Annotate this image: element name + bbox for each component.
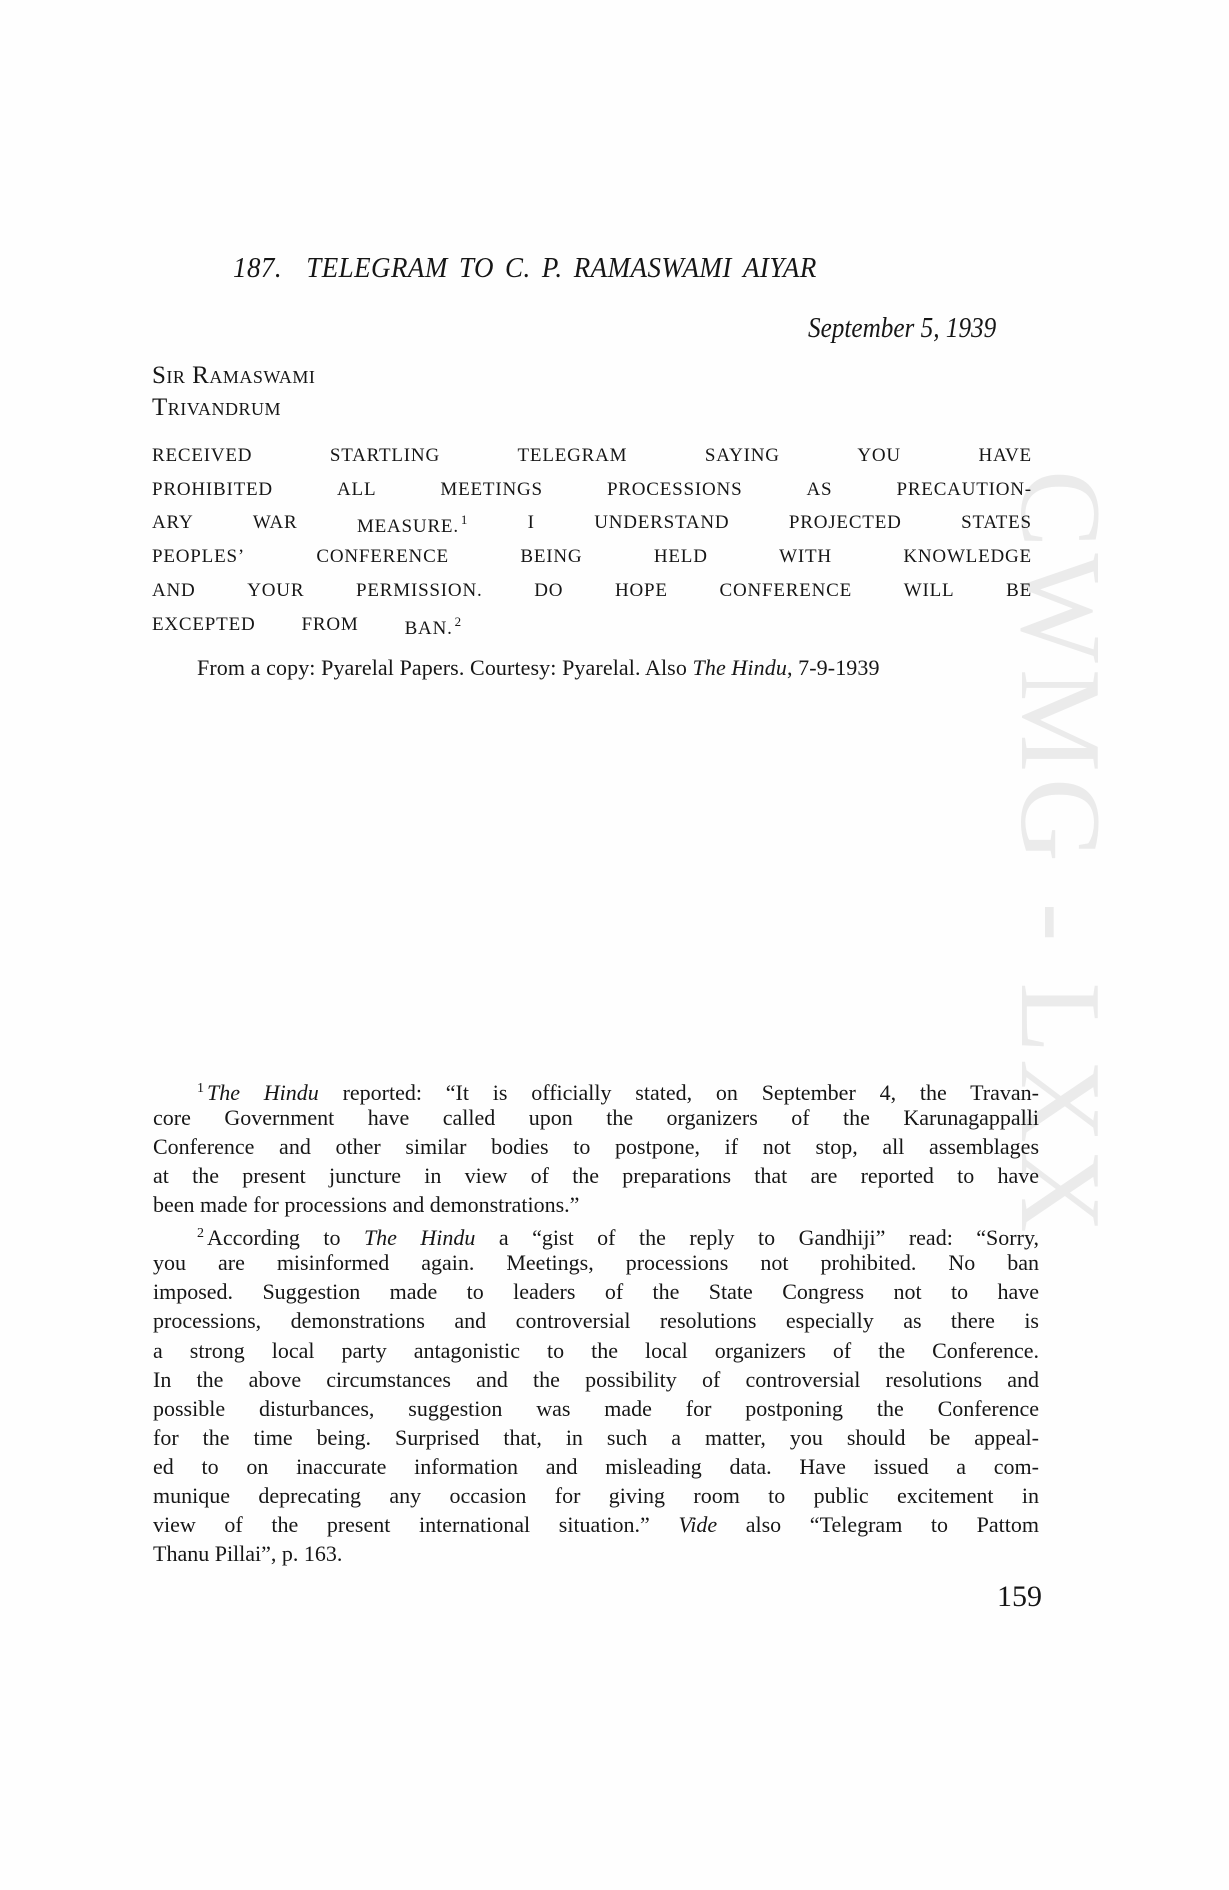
footnote-marker: 1: [197, 1081, 204, 1096]
telegram-word: PROCESSIONS: [607, 479, 743, 501]
footnote-text: According to: [207, 1225, 364, 1250]
document-heading: 187.TELEGRAMTOC.P.RAMASWAMIAIYAR: [233, 252, 828, 285]
footnote-2-line: processions, demonstrations and controve…: [153, 1306, 1039, 1335]
footnote-reference[interactable]: 1: [461, 512, 468, 527]
footnote-2-line: a strong local party antagonistic to the…: [153, 1336, 1039, 1365]
telegram-word: HAVE: [978, 445, 1032, 467]
telegram-word: AND: [152, 580, 196, 602]
source-note: From a copy: Pyarelal Papers. Courtesy: …: [197, 655, 880, 681]
telegram-word: STARTLING: [330, 445, 440, 467]
footnote-1-line: 1The Hindu reported: “It is officially s…: [153, 1074, 1039, 1107]
telegram-word: STATES: [961, 512, 1032, 538]
telegram-word: PEOPLES’: [152, 546, 245, 568]
source-publication: The Hindu: [693, 655, 787, 680]
footnote-text: a “gist of the reply to Gandhiji” read: …: [475, 1225, 1039, 1250]
telegram-line: EXCEPTEDFROMBAN.2: [152, 614, 1032, 640]
footnote-1-line: been made for processions and demonstrat…: [153, 1190, 1039, 1219]
italic-text: Vide: [678, 1512, 717, 1537]
footnote-2-line: ed to on inaccurate information and misl…: [153, 1452, 1039, 1481]
footnote-text: reported: “It is officially stated, on S…: [319, 1080, 1039, 1105]
telegram-word: WAR: [253, 512, 298, 538]
title-word: P.: [542, 252, 563, 284]
footnote-2-line: you are misinformed again. Meetings, pro…: [153, 1248, 1039, 1277]
source-suffix: , 7-9-1939: [787, 655, 880, 680]
footnote-text: you are misinformed again. Meetings, pro…: [153, 1250, 1039, 1275]
telegram-word: ALL: [337, 479, 376, 501]
telegram-line: PEOPLES’CONFERENCEBEINGHELDWITHKNOWLEDGE: [152, 546, 1032, 568]
source-prefix: From a copy: Pyarelal Papers. Courtesy: …: [197, 655, 693, 680]
telegram-word: YOUR: [247, 580, 304, 602]
addressee-place: Trivandrum: [152, 394, 281, 422]
footnote-2-line: view of the present international situat…: [153, 1510, 1039, 1539]
footnote-2-line: munique deprecating any occasion for giv…: [153, 1481, 1039, 1510]
title-word: TELEGRAM: [306, 252, 448, 284]
footnote-1-line: at the present juncture in view of the p…: [153, 1161, 1039, 1190]
title-word: AIYAR: [743, 252, 817, 284]
telegram-word: SAYING: [705, 445, 780, 467]
footnote-text: for the time being. Surprised that, in s…: [153, 1425, 1039, 1450]
footnote-2-line: Thanu Pillai”, p. 163.: [153, 1539, 1039, 1568]
telegram-word: TELEGRAM: [518, 445, 628, 467]
telegram-word: BAN.2: [405, 614, 462, 640]
telegram-word: HOPE: [615, 580, 668, 602]
footnote-text: In the above circumstances and the possi…: [153, 1367, 1039, 1392]
title-word: C.: [505, 252, 531, 284]
telegram-word: WITH: [779, 546, 832, 568]
telegram-word: UNDERSTAND: [594, 512, 729, 538]
footnote-2-line: In the above circumstances and the possi…: [153, 1365, 1039, 1394]
telegram-word: CONFERENCE: [316, 546, 449, 568]
telegram-word: PROJECTED: [789, 512, 902, 538]
telegram-word: PERMISSION.: [356, 580, 483, 602]
footnote-text: at the present juncture in view of the p…: [153, 1163, 1039, 1188]
footnote-text: Conference and other similar bodies to p…: [153, 1134, 1039, 1159]
footnote-text: a strong local party antagonistic to the…: [153, 1338, 1039, 1363]
telegram-word: HELD: [654, 546, 708, 568]
telegram-word: MEETINGS: [440, 479, 542, 501]
footnote-text: ed to on inaccurate information and misl…: [153, 1454, 1039, 1479]
telegram-line: PROHIBITEDALLMEETINGSPROCESSIONSASPRECAU…: [152, 479, 1032, 501]
document-date: September 5, 1939: [808, 313, 996, 345]
telegram-word: BEING: [520, 546, 582, 568]
telegram-word: EXCEPTED: [152, 614, 256, 640]
telegram-word: PRECAUTION-: [896, 479, 1031, 501]
footnote-text: core Government have called upon the org…: [153, 1105, 1039, 1130]
italic-text: The Hindu: [207, 1080, 319, 1105]
footnote-text: been made for processions and demonstrat…: [153, 1192, 579, 1217]
footnote-text: Thanu Pillai”, p. 163.: [153, 1541, 342, 1566]
telegram-line: RECEIVEDSTARTLINGTELEGRAMSAYINGYOUHAVE: [152, 445, 1032, 467]
addressee-name: Sir Ramaswami: [152, 362, 315, 390]
footnote-text: possible disturbances, suggestion was ma…: [153, 1396, 1039, 1421]
telegram-word: AS: [807, 479, 833, 501]
telegram-word: WILL: [904, 580, 955, 602]
footnote-1-line: core Government have called upon the org…: [153, 1103, 1039, 1132]
title-word: RAMASWAMI: [574, 252, 732, 284]
footnote-text: also “Telegram to Pattom: [717, 1512, 1039, 1537]
telegram-word: ARY: [152, 512, 193, 538]
footnote-reference[interactable]: 2: [455, 614, 462, 629]
document-number: 187.: [233, 252, 282, 284]
telegram-word: FROM: [302, 614, 359, 640]
footnote-2-line: for the time being. Surprised that, in s…: [153, 1423, 1039, 1452]
telegram-word: KNOWLEDGE: [903, 546, 1032, 568]
footnote-text: imposed. Suggestion made to leaders of t…: [153, 1279, 1039, 1304]
telegram-word: RECEIVED: [152, 445, 252, 467]
telegram-word: DO: [534, 580, 563, 602]
italic-text: The Hindu: [364, 1225, 475, 1250]
footnote-text: processions, demonstrations and controve…: [153, 1308, 1039, 1333]
telegram-word: PROHIBITED: [152, 479, 273, 501]
footnote-1-line: Conference and other similar bodies to p…: [153, 1132, 1039, 1161]
telegram-line: ARYWARMEASURE.1IUNDERSTANDPROJECTEDSTATE…: [152, 512, 1032, 538]
telegram-word: BE: [1006, 580, 1032, 602]
telegram-word: YOU: [857, 445, 901, 467]
telegram-line: ANDYOURPERMISSION.DOHOPECONFERENCEWILLBE: [152, 580, 1032, 602]
footnote-2-line: 2According to The Hindu a “gist of the r…: [153, 1219, 1039, 1252]
footnote-text: munique deprecating any occasion for giv…: [153, 1483, 1039, 1508]
footnote-2-line: imposed. Suggestion made to leaders of t…: [153, 1277, 1039, 1306]
telegram-word: CONFERENCE: [719, 580, 852, 602]
document-title: TELEGRAMTOC.P.RAMASWAMIAIYAR: [306, 252, 828, 284]
page-number: 159: [997, 1580, 1042, 1614]
title-word: TO: [459, 252, 494, 284]
footnote-marker: 2: [197, 1226, 204, 1241]
footnote-2-line: possible disturbances, suggestion was ma…: [153, 1394, 1039, 1423]
telegram-word: MEASURE.1: [357, 512, 468, 538]
telegram-word: I: [528, 512, 535, 538]
footnote-text: view of the present international situat…: [153, 1512, 678, 1537]
